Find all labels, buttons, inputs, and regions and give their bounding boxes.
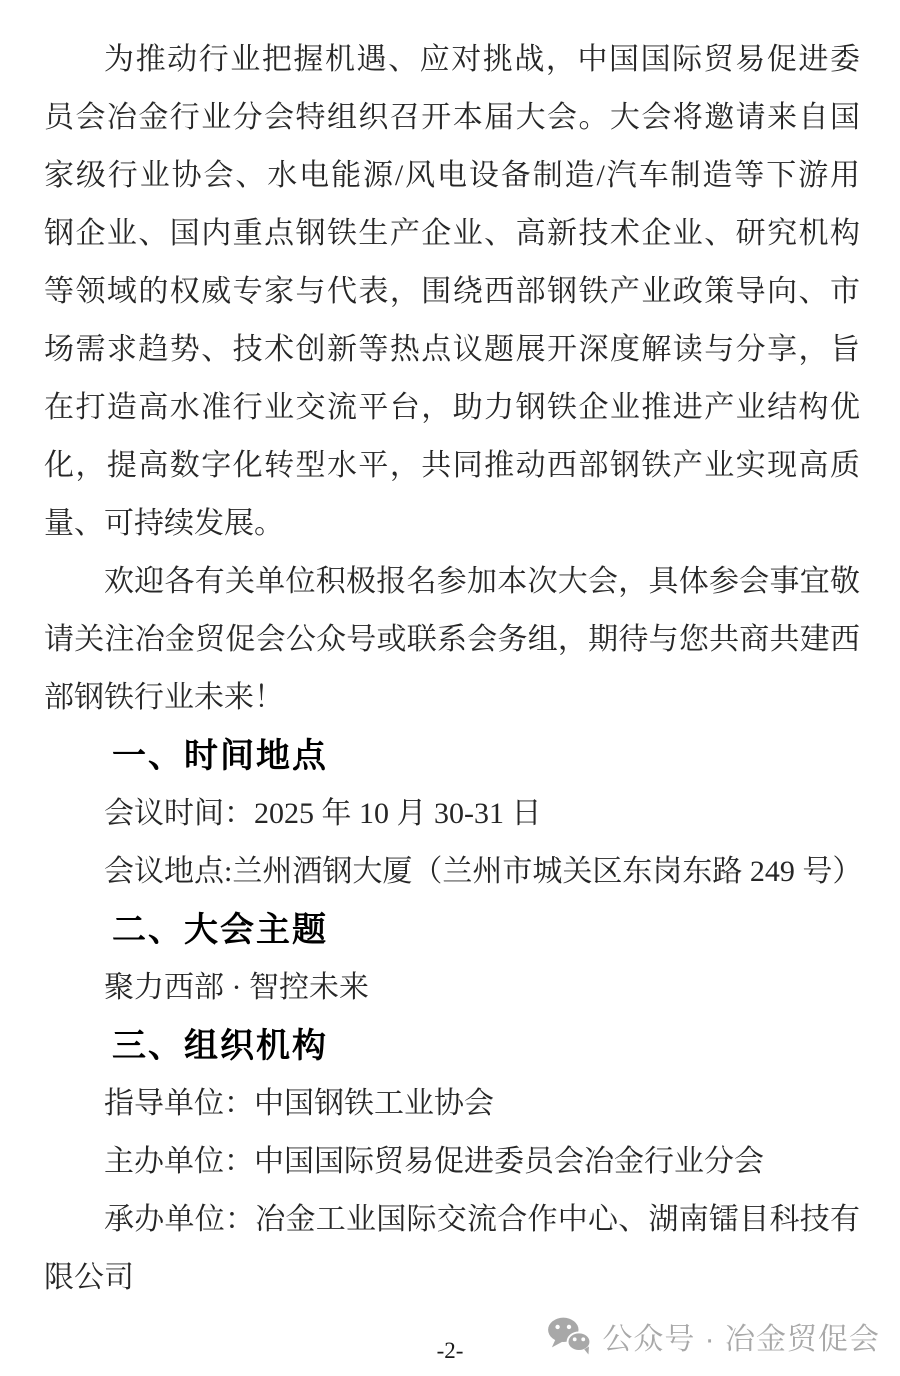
paragraph-line: 在打造高水准行业交流平台，助力钢铁企业推进产业结构优 [44, 379, 860, 437]
host-unit-line: 主办单位：中国国际贸易促进委员会冶金行业分会 [44, 1133, 860, 1191]
wechat-icon [546, 1317, 592, 1355]
paragraph-line: 为推动行业把握机遇、应对挑战，中国国际贸易促进委 [44, 31, 860, 89]
paragraph-line: 部钢铁行业未来！ [44, 669, 860, 727]
paragraph-line: 化，提高数字化转型水平，共同推动西部钢铁产业实现高质 [44, 437, 860, 495]
section-heading-time-place: 一、时间地点 [44, 727, 860, 785]
paragraph-line: 等领域的权威专家与代表，围绕西部钢铁产业政策导向、市 [44, 263, 860, 321]
paragraph-line: 量、可持续发展。 [44, 495, 860, 553]
meeting-venue-line: 会议地点:兰州酒钢大厦（兰州市城关区东岗东路 249 号） [44, 843, 860, 901]
section-heading-organization: 三、组织机构 [44, 1017, 860, 1075]
meeting-time-line: 会议时间：2025 年 10 月 30-31 日 [44, 785, 860, 843]
paragraph-line: 请关注冶金贸促会公众号或联系会务组，期待与您共商共建西 [44, 611, 860, 669]
paragraph-line: 欢迎各有关单位积极报名参加本次大会，具体参会事宜敬 [44, 553, 860, 611]
paragraph-line: 场需求趋势、技术创新等热点议题展开深度解读与分享，旨 [44, 321, 860, 379]
section-heading-theme: 二、大会主题 [44, 901, 860, 959]
paragraph-line: 家级行业协会、水电能源/风电设备制造/汽车制造等下游用 [44, 147, 860, 205]
watermark-label: 公众号 · 冶金贸促会 [602, 1314, 880, 1358]
paragraph-line: 钢企业、国内重点钢铁生产企业、高新技术企业、研究机构 [44, 205, 860, 263]
organizer-unit-line: 限公司 [44, 1249, 860, 1307]
paragraph-line: 员会冶金行业分会特组织召开本届大会。大会将邀请来自国 [44, 89, 860, 147]
document-page: 为推动行业把握机遇、应对挑战，中国国际贸易促进委 员会冶金行业分会特组织召开本届… [0, 0, 900, 1376]
document-body: 为推动行业把握机遇、应对挑战，中国国际贸易促进委 员会冶金行业分会特组织召开本届… [44, 31, 860, 1307]
guidance-unit-line: 指导单位：中国钢铁工业协会 [44, 1075, 860, 1133]
wechat-watermark: 公众号 · 冶金贸促会 [546, 1314, 880, 1358]
organizer-unit-line: 承办单位：冶金工业国际交流合作中心、湖南镭目科技有 [44, 1191, 860, 1249]
conference-theme-line: 聚力西部 · 智控未来 [44, 959, 860, 1017]
